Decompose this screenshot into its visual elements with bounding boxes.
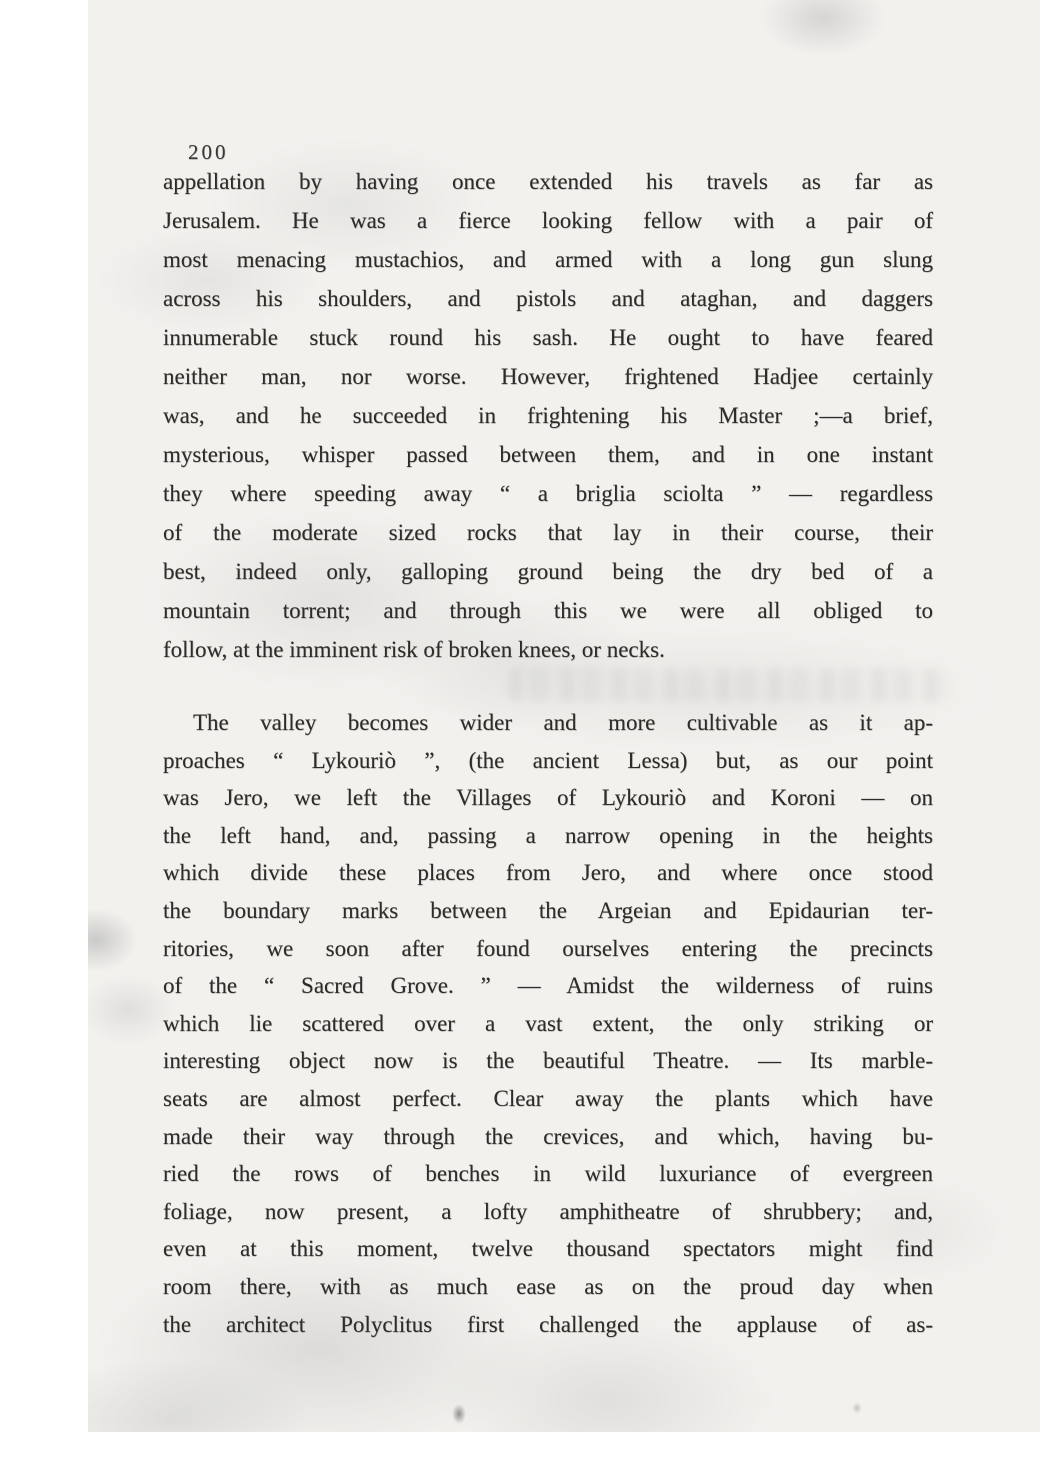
text-line: which lie scattered over a vast extent, … xyxy=(163,1005,933,1043)
text-line: Jerusalem. He was a fierce looking fello… xyxy=(163,201,933,240)
text-line: even at this moment, twelve thousand spe… xyxy=(163,1230,933,1268)
paragraph-1: appellation by having once extended his … xyxy=(163,162,933,669)
paragraph-2: The valley becomes wider and more cultiv… xyxy=(163,704,933,1343)
text-line: the left hand, and, passing a narrow ope… xyxy=(163,817,933,855)
scanned-book-page-viewport: 200 appellation by having once extended … xyxy=(0,0,1040,1471)
text-line: made their way through the crevices, and… xyxy=(163,1118,933,1156)
text-line: of the “ Sacred Grove. ” — Amidst the wi… xyxy=(163,967,933,1005)
text-line: room there, with as much ease as on the … xyxy=(163,1268,933,1306)
text-line: ried the rows of benches in wild luxuria… xyxy=(163,1155,933,1193)
text-line: The valley becomes wider and more cultiv… xyxy=(163,704,933,742)
text-line: was, and he succeeded in frightening his… xyxy=(163,396,933,435)
text-line: follow, at the imminent risk of broken k… xyxy=(163,630,933,669)
text-line: the boundary marks between the Argeian a… xyxy=(163,892,933,930)
text-line: of the moderate sized rocks that lay in … xyxy=(163,513,933,552)
text-line: seats are almost perfect. Clear away the… xyxy=(163,1080,933,1118)
text-line: proaches “ Lykouriò ”, (the ancient Less… xyxy=(163,742,933,780)
paper-sheet: 200 appellation by having once extended … xyxy=(88,0,1040,1432)
ink-speck xyxy=(852,1402,862,1414)
body-text-block: appellation by having once extended his … xyxy=(163,162,933,1343)
text-line: which divide these places from Jero, and… xyxy=(163,854,933,892)
text-line: mysterious, whisper passed between them,… xyxy=(163,435,933,474)
text-line: mountain torrent; and through this we we… xyxy=(163,591,933,630)
text-line: foliage, now present, a lofty amphitheat… xyxy=(163,1193,933,1231)
text-line: appellation by having once extended his … xyxy=(163,162,933,201)
text-line: most menacing mustachios, and armed with… xyxy=(163,240,933,279)
text-line: across his shoulders, and pistols and at… xyxy=(163,279,933,318)
text-line: best, indeed only, galloping ground bein… xyxy=(163,552,933,591)
text-line: was Jero, we left the Villages of Lykour… xyxy=(163,779,933,817)
text-line: ritories, we soon after found ourselves … xyxy=(163,930,933,968)
text-line: neither man, nor worse. However, frighte… xyxy=(163,357,933,396)
ink-speck xyxy=(452,1404,466,1424)
text-line: they where speeding away “ a briglia sci… xyxy=(163,474,933,513)
text-line: the architect Polyclitus first challenge… xyxy=(163,1306,933,1344)
text-line: interesting object now is the beautiful … xyxy=(163,1042,933,1080)
text-line: innumerable stuck round his sash. He oug… xyxy=(163,318,933,357)
